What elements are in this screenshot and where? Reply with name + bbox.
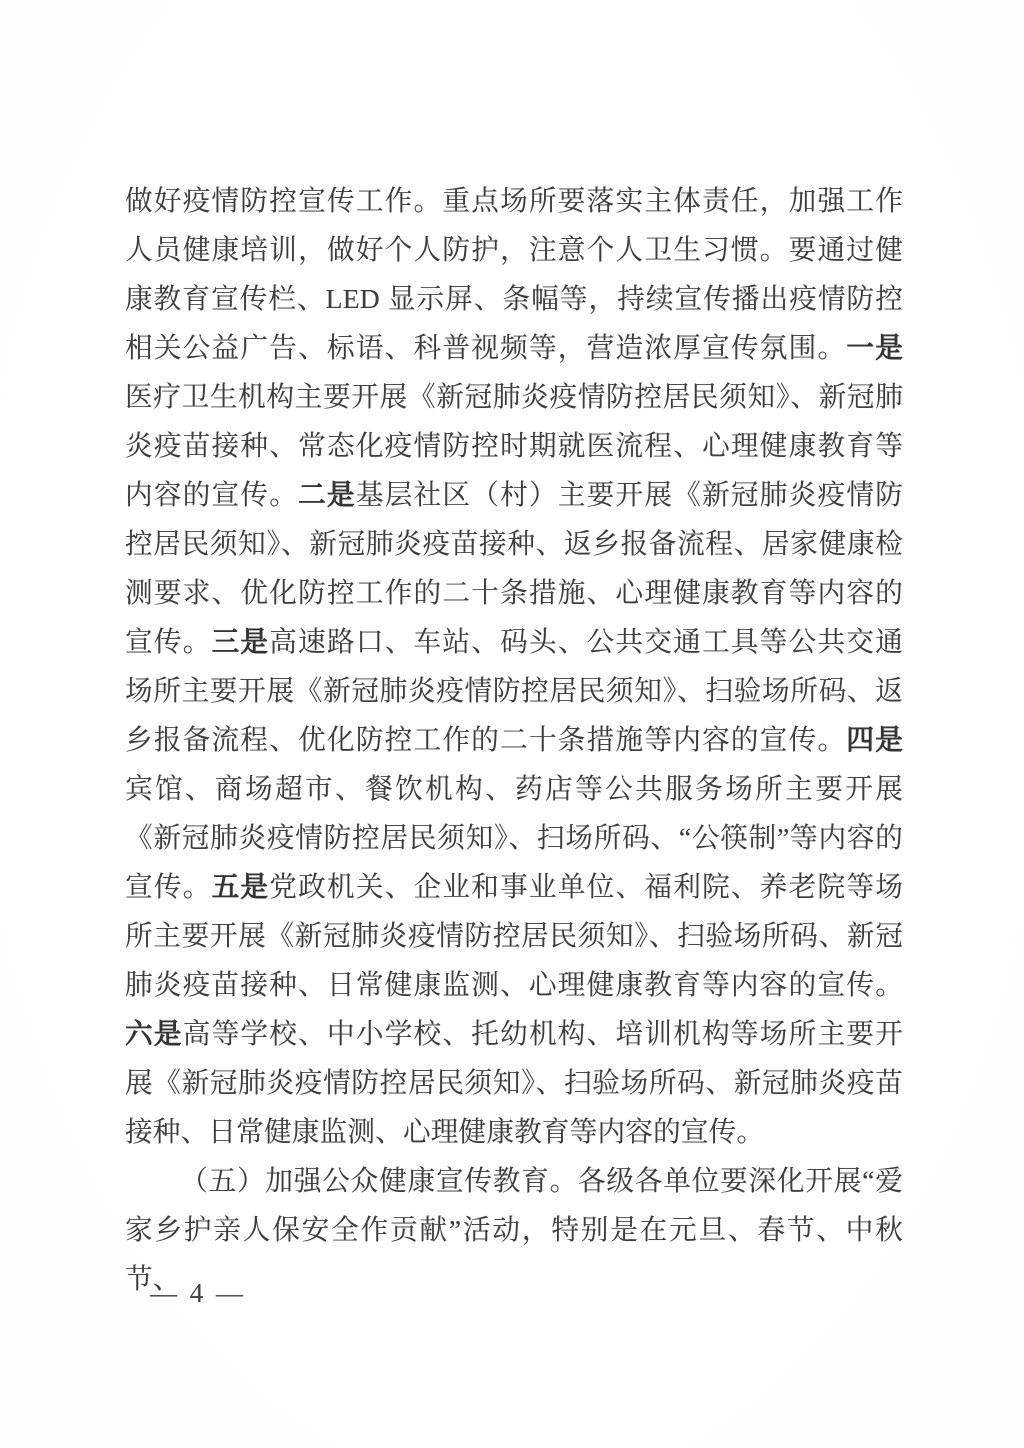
page-number: — 4 — <box>150 1278 246 1309</box>
document-body: 做好疫情防控宣传工作。重点场所要落实主体责任，加强工作人员健康培训，做好个人防护… <box>125 176 903 1303</box>
emphasis-run: 一是 <box>846 332 903 363</box>
document-page: 做好疫情防控宣传工作。重点场所要落实主体责任，加强工作人员健康培训，做好个人防护… <box>0 0 1024 1448</box>
text-run: 高等学校、中小学校、托幼机构、培训机构等场所主要开展《新冠肺炎疫情防控居民须知》… <box>125 1018 903 1147</box>
emphasis-run: 二是 <box>298 479 356 510</box>
emphasis-run: 四是 <box>846 724 903 755</box>
emphasis-run: 三是 <box>212 626 270 657</box>
emphasis-run: 五是 <box>212 871 270 902</box>
text-run: （五）加强公众健康宣传教育。各级各单位要深化开展“爱家乡护亲人保安全作贡献”活动… <box>125 1165 903 1294</box>
paragraph-continuation: 做好疫情防控宣传工作。重点场所要落实主体责任，加强工作人员健康培训，做好个人防护… <box>125 176 903 1156</box>
emphasis-run: 六是 <box>125 1018 183 1049</box>
text-run: 做好疫情防控宣传工作。重点场所要落实主体责任，加强工作人员健康培训，做好个人防护… <box>125 185 903 363</box>
